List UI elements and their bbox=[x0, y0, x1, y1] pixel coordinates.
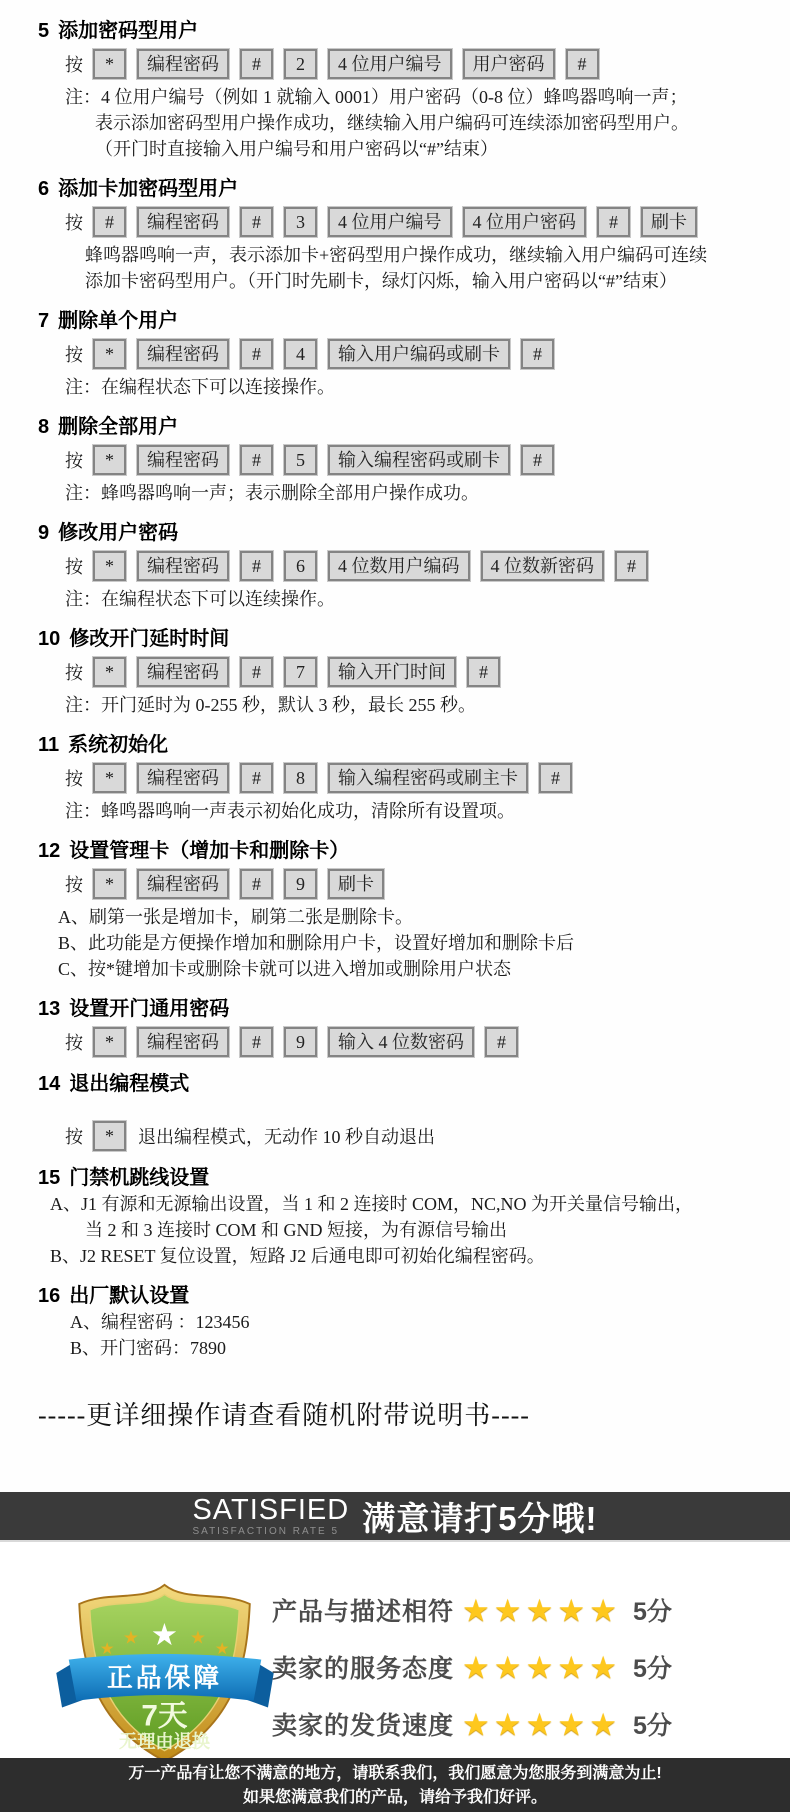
section-heading: 14退出编程模式 bbox=[38, 1071, 772, 1097]
section-heading: 9修改用户密码 bbox=[38, 520, 772, 546]
key-button: * bbox=[93, 657, 126, 687]
section-9: 9修改用户密码按*编程密码#64 位数用户编码4 位数新密码#注：在编程状态下可… bbox=[38, 520, 772, 612]
note-line: 注：在编程状态下可以连接操作。 bbox=[65, 374, 772, 400]
key-sequence-row: 按*编程密码#5输入编程密码或刷卡# bbox=[65, 445, 772, 475]
section-number: 8 bbox=[38, 416, 49, 438]
section-title: 退出编程模式 bbox=[69, 1073, 189, 1095]
key-sequence-row: 按*编程密码#8输入编程密码或刷主卡# bbox=[65, 763, 772, 793]
section-number: 13 bbox=[38, 998, 60, 1020]
key-button: 输入 4 位数密码 bbox=[328, 1027, 474, 1057]
key-button: 7 bbox=[284, 657, 317, 687]
note-line: （开门时直接输入用户编号和用户密码以“#”结束） bbox=[95, 136, 772, 162]
section-heading: 10修改开门延时时间 bbox=[38, 626, 772, 652]
section-12: 12设置管理卡（增加卡和删除卡）按*编程密码#9刷卡A、刷第一张是增加卡，刷第二… bbox=[38, 838, 772, 982]
key-button: # bbox=[485, 1027, 518, 1057]
key-button: * bbox=[93, 445, 126, 475]
star-icon: ★ bbox=[557, 1652, 585, 1683]
section-number: 5 bbox=[38, 20, 49, 42]
section-14: 14退出编程模式按*退出编程模式，无动作 10 秒自动退出 bbox=[38, 1071, 772, 1151]
note-line: 注：蜂鸣器鸣响一声；表示删除全部用户操作成功。 bbox=[65, 480, 772, 506]
note-line: B、开门密码：7890 bbox=[70, 1335, 772, 1361]
section-list: 5添加密码型用户按*编程密码#24 位用户编号用户密码#注：4 位用户编号（例如… bbox=[38, 18, 772, 1361]
section-number: 14 bbox=[38, 1073, 60, 1095]
banner-satisfied-text: SATISFIED bbox=[192, 1496, 349, 1525]
key-button: 编程密码 bbox=[137, 869, 229, 899]
section-title: 设置管理卡（增加卡和删除卡） bbox=[69, 840, 349, 862]
section-8: 8删除全部用户按*编程密码#5输入编程密码或刷卡#注：蜂鸣器鸣响一声；表示删除全… bbox=[38, 414, 772, 506]
rating-score: 5分 bbox=[633, 1592, 672, 1628]
key-button: * bbox=[93, 551, 126, 581]
key-button: # bbox=[467, 657, 500, 687]
page: 5添加密码型用户按*编程密码#24 位用户编号用户密码#注：4 位用户编号（例如… bbox=[0, 0, 790, 1812]
key-button: 3 bbox=[284, 207, 317, 237]
key-button: # bbox=[539, 763, 572, 793]
press-label: 按 bbox=[65, 51, 83, 77]
section-heading: 8删除全部用户 bbox=[38, 414, 772, 440]
key-button: # bbox=[240, 1027, 273, 1057]
key-button: 编程密码 bbox=[137, 1027, 229, 1057]
instruction-document: 5添加密码型用户按*编程密码#24 位用户编号用户密码#注：4 位用户编号（例如… bbox=[0, 0, 790, 1492]
star-icon: ★ bbox=[462, 1595, 490, 1626]
key-button: # bbox=[240, 339, 273, 369]
press-label: 按 bbox=[65, 765, 83, 791]
section-11: 11系统初始化按*编程密码#8输入编程密码或刷主卡#注：蜂鸣器鸣响一声表示初始化… bbox=[38, 732, 772, 824]
press-label: 按 bbox=[65, 1029, 83, 1055]
key-button: 编程密码 bbox=[137, 657, 229, 687]
key-button: # bbox=[240, 657, 273, 687]
section-heading: 13设置开门通用密码 bbox=[38, 996, 772, 1022]
key-button: 输入开门时间 bbox=[328, 657, 456, 687]
note-line: 表示添加密码型用户操作成功，继续输入用户编码可连续添加密码型用户。 bbox=[95, 110, 772, 136]
section-number: 11 bbox=[38, 734, 59, 756]
key-button: 用户密码 bbox=[463, 49, 555, 79]
rating-list: 产品与描述相符★★★★★5分卖家的服务态度★★★★★5分卖家的发货速度★★★★★… bbox=[272, 1592, 672, 1742]
press-label: 按 bbox=[65, 447, 83, 473]
rating-row: 产品与描述相符★★★★★5分 bbox=[272, 1592, 672, 1628]
note-line: A、J1 有源和无源输出设置，当 1 和 2 连接时 COM，NC,NO 为开关… bbox=[50, 1191, 772, 1217]
section-title: 添加卡加密码型用户 bbox=[58, 178, 238, 200]
star-rating: ★★★★★ bbox=[462, 1595, 621, 1626]
key-button: * bbox=[93, 49, 126, 79]
satisfied-banner: SATISFIED SATISFACTION RATE 5 满意请打5分哦! bbox=[0, 1492, 790, 1542]
section-heading: 16出厂默认设置 bbox=[38, 1283, 772, 1309]
key-sequence-row: 按*编程密码#4输入用户编码或刷卡# bbox=[65, 339, 772, 369]
press-label: 按 bbox=[65, 553, 83, 579]
key-sequence-row: 按*退出编程模式，无动作 10 秒自动退出 bbox=[65, 1121, 772, 1151]
footer-bar: 万一产品有让您不满意的地方，请联系我们，我们愿意为您服务到满意为止! 如果您满意… bbox=[0, 1758, 790, 1812]
star-icon: ★ bbox=[494, 1709, 522, 1740]
key-button: # bbox=[566, 49, 599, 79]
note-line: A、编程密码 ：123456 bbox=[70, 1309, 772, 1335]
key-button: # bbox=[240, 207, 273, 237]
rating-score: 5分 bbox=[633, 1649, 672, 1685]
banner-satisfaction-rate-text: SATISFACTION RATE 5 bbox=[192, 1527, 339, 1537]
key-button: 编程密码 bbox=[137, 207, 229, 237]
key-button: 刷卡 bbox=[328, 869, 384, 899]
section-number: 10 bbox=[38, 628, 60, 650]
section-title: 添加密码型用户 bbox=[58, 20, 198, 42]
note-line: 添加卡密码型用户。（开门时先刷卡，绿灯闪烁，输入用户密码以“#”结束） bbox=[85, 268, 772, 294]
star-icon: ★ bbox=[589, 1709, 617, 1740]
section-6: 6添加卡加密码型用户按#编程密码#34 位用户编号4 位用户密码#刷卡蜂鸣器鸣响… bbox=[38, 176, 772, 294]
footer-line-1: 万一产品有让您不满意的地方，请联系我们，我们愿意为您服务到满意为止! bbox=[128, 1763, 661, 1784]
star-icon: ★ bbox=[494, 1595, 522, 1626]
star-icon: ★ bbox=[589, 1595, 617, 1626]
section-title: 修改开门延时时间 bbox=[69, 628, 229, 650]
star-icon: ★ bbox=[462, 1709, 490, 1740]
section-number: 6 bbox=[38, 178, 49, 200]
key-button: * bbox=[93, 1121, 126, 1151]
key-button: # bbox=[615, 551, 648, 581]
section-7: 7删除单个用户按*编程密码#4输入用户编码或刷卡#注：在编程状态下可以连接操作。 bbox=[38, 308, 772, 400]
key-button: # bbox=[240, 551, 273, 581]
section-title: 出厂默认设置 bbox=[69, 1285, 189, 1307]
key-button: 6 bbox=[284, 551, 317, 581]
star-rating: ★★★★★ bbox=[462, 1652, 621, 1683]
authenticity-shield-badge: ★ ★ ★ ★ ★ 正品保障 7天 无理由退换 bbox=[46, 1582, 284, 1764]
section-number: 12 bbox=[38, 840, 60, 862]
badge-policy-label: 无理由退换 bbox=[119, 1731, 211, 1752]
rating-label: 卖家的服务态度 bbox=[272, 1649, 454, 1685]
section-heading: 6添加卡加密码型用户 bbox=[38, 176, 772, 202]
note-line: A、刷第一张是增加卡，刷第二张是删除卡。 bbox=[58, 904, 772, 930]
section-10: 10修改开门延时时间按*编程密码#7输入开门时间#注：开门延时为 0-255 秒… bbox=[38, 626, 772, 718]
key-button: 4 bbox=[284, 339, 317, 369]
star-icon: ★ bbox=[494, 1652, 522, 1683]
ribbon-label: 正品保障 bbox=[107, 1662, 222, 1692]
small-star-icon: ★ bbox=[123, 1627, 139, 1647]
key-sequence-row: 按*编程密码#9刷卡 bbox=[65, 869, 772, 899]
press-label: 按 bbox=[65, 209, 83, 235]
section-number: 16 bbox=[38, 1285, 60, 1307]
key-sequence-row: 按*编程密码#9输入 4 位数密码# bbox=[65, 1027, 772, 1057]
key-button: * bbox=[93, 1027, 126, 1057]
press-label: 按 bbox=[65, 341, 83, 367]
section-heading: 15门禁机跳线设置 bbox=[38, 1165, 772, 1191]
big-white-star-icon: ★ bbox=[151, 1618, 178, 1652]
banner-english-block: SATISFIED SATISFACTION RATE 5 bbox=[192, 1496, 349, 1537]
key-button: # bbox=[93, 207, 126, 237]
key-button: 输入用户编码或刷卡 bbox=[328, 339, 510, 369]
rating-score: 5分 bbox=[633, 1706, 672, 1742]
note-line: B、此功能是方便操作增加和删除用户卡，设置好增加和删除卡后 bbox=[58, 930, 772, 956]
key-sequence-row: 按*编程密码#7输入开门时间# bbox=[65, 657, 772, 687]
key-button: 8 bbox=[284, 763, 317, 793]
note-line: 注：蜂鸣器鸣响一声表示初始化成功，清除所有设置项。 bbox=[65, 798, 772, 824]
note-line: 注：4 位用户编号（例如 1 就输入 0001）用户密码（0-8 位）蜂鸣器鸣响… bbox=[65, 84, 772, 110]
key-button: # bbox=[597, 207, 630, 237]
section-number: 15 bbox=[38, 1167, 60, 1189]
note-line: 当 2 和 3 连接时 COM 和 GND 短接，为有源信号输出 bbox=[85, 1217, 772, 1243]
badge-days-label: 7天 bbox=[141, 1700, 188, 1733]
rating-row: 卖家的服务态度★★★★★5分 bbox=[272, 1649, 672, 1685]
key-button: 输入编程密码或刷卡 bbox=[328, 445, 510, 475]
key-button: * bbox=[93, 339, 126, 369]
divider-note: -----更详细操作请查看随机附带说明书---- bbox=[38, 1401, 772, 1431]
key-button: # bbox=[240, 763, 273, 793]
section-heading: 7删除单个用户 bbox=[38, 308, 772, 334]
key-button: * bbox=[93, 869, 126, 899]
section-number: 7 bbox=[38, 310, 49, 332]
star-icon: ★ bbox=[557, 1595, 585, 1626]
small-star-icon: ★ bbox=[190, 1627, 206, 1647]
key-sequence-row: 按*编程密码#24 位用户编号用户密码# bbox=[65, 49, 772, 79]
key-button: 9 bbox=[284, 1027, 317, 1057]
section-title: 系统初始化 bbox=[68, 734, 168, 756]
note-line: 注：开门延时为 0-255 秒，默认 3 秒，最长 255 秒。 bbox=[65, 692, 772, 718]
key-button: # bbox=[240, 869, 273, 899]
note-line: 蜂鸣器鸣响一声，表示添加卡+密码型用户操作成功，继续输入用户编码可连续 bbox=[85, 242, 772, 268]
key-button: 2 bbox=[284, 49, 317, 79]
key-button: 4 位用户编号 bbox=[328, 207, 452, 237]
section-16: 16出厂默认设置A、编程密码 ：123456B、开门密码：7890 bbox=[38, 1283, 772, 1361]
key-button: # bbox=[521, 339, 554, 369]
key-button: 4 位数用户编码 bbox=[328, 551, 470, 581]
key-button: 编程密码 bbox=[137, 339, 229, 369]
key-button: 编程密码 bbox=[137, 49, 229, 79]
star-icon: ★ bbox=[462, 1652, 490, 1683]
key-button: * bbox=[93, 763, 126, 793]
key-button: 5 bbox=[284, 445, 317, 475]
note-line: B、J2 RESET 复位设置，短路 J2 后通电即可初始化编程密码。 bbox=[50, 1243, 772, 1269]
small-star-icon: ★ bbox=[215, 1639, 230, 1658]
small-star-icon: ★ bbox=[100, 1639, 115, 1658]
section-title: 删除全部用户 bbox=[58, 416, 178, 438]
section-title: 修改用户密码 bbox=[58, 522, 178, 544]
key-button: # bbox=[240, 445, 273, 475]
section-heading: 12设置管理卡（增加卡和删除卡） bbox=[38, 838, 772, 864]
section-title: 设置开门通用密码 bbox=[69, 998, 229, 1020]
rating-label: 产品与描述相符 bbox=[272, 1592, 454, 1628]
banner-chinese-text: 满意请打5分哦! bbox=[362, 1493, 597, 1540]
note-line: 注：在编程状态下可以连续操作。 bbox=[65, 586, 772, 612]
rating-row: 卖家的发货速度★★★★★5分 bbox=[272, 1706, 672, 1742]
section-heading: 11系统初始化 bbox=[38, 732, 772, 758]
key-button: # bbox=[240, 49, 273, 79]
key-button: 编程密码 bbox=[137, 445, 229, 475]
star-icon: ★ bbox=[589, 1652, 617, 1683]
star-icon: ★ bbox=[526, 1709, 554, 1740]
section-13: 13设置开门通用密码按*编程密码#9输入 4 位数密码# bbox=[38, 996, 772, 1057]
star-icon: ★ bbox=[526, 1595, 554, 1626]
key-sequence-row: 按#编程密码#34 位用户编号4 位用户密码#刷卡 bbox=[65, 207, 772, 237]
key-button: 4 位用户密码 bbox=[463, 207, 587, 237]
section-15: 15门禁机跳线设置A、J1 有源和无源输出设置，当 1 和 2 连接时 COM，… bbox=[38, 1165, 772, 1269]
key-button: 刷卡 bbox=[641, 207, 697, 237]
key-button: 4 位数新密码 bbox=[481, 551, 605, 581]
section-title: 门禁机跳线设置 bbox=[69, 1167, 209, 1189]
section-5: 5添加密码型用户按*编程密码#24 位用户编号用户密码#注：4 位用户编号（例如… bbox=[38, 18, 772, 162]
key-button: # bbox=[521, 445, 554, 475]
key-row-trailing-text: 退出编程模式，无动作 10 秒自动退出 bbox=[138, 1123, 435, 1149]
key-button: 9 bbox=[284, 869, 317, 899]
key-button: 编程密码 bbox=[137, 763, 229, 793]
press-label: 按 bbox=[65, 871, 83, 897]
key-button: 4 位用户编号 bbox=[328, 49, 452, 79]
section-title: 删除单个用户 bbox=[58, 310, 178, 332]
star-rating: ★★★★★ bbox=[462, 1709, 621, 1740]
key-button: 输入编程密码或刷主卡 bbox=[328, 763, 528, 793]
footer-line-2: 如果您满意我们的产品，请给予我们好评。 bbox=[243, 1787, 547, 1808]
star-icon: ★ bbox=[526, 1652, 554, 1683]
promo-region: SATISFIED SATISFACTION RATE 5 满意请打5分哦! ★ bbox=[0, 1492, 790, 1812]
press-label: 按 bbox=[65, 1123, 83, 1149]
note-line: C、按*键增加卡或删除卡就可以进入增加或删除用户状态 bbox=[58, 956, 772, 982]
rating-label: 卖家的发货速度 bbox=[272, 1706, 454, 1742]
key-button: 编程密码 bbox=[137, 551, 229, 581]
press-label: 按 bbox=[65, 659, 83, 685]
key-sequence-row: 按*编程密码#64 位数用户编码4 位数新密码# bbox=[65, 551, 772, 581]
star-icon: ★ bbox=[557, 1709, 585, 1740]
section-number: 9 bbox=[38, 522, 49, 544]
section-heading: 5添加密码型用户 bbox=[38, 18, 772, 44]
